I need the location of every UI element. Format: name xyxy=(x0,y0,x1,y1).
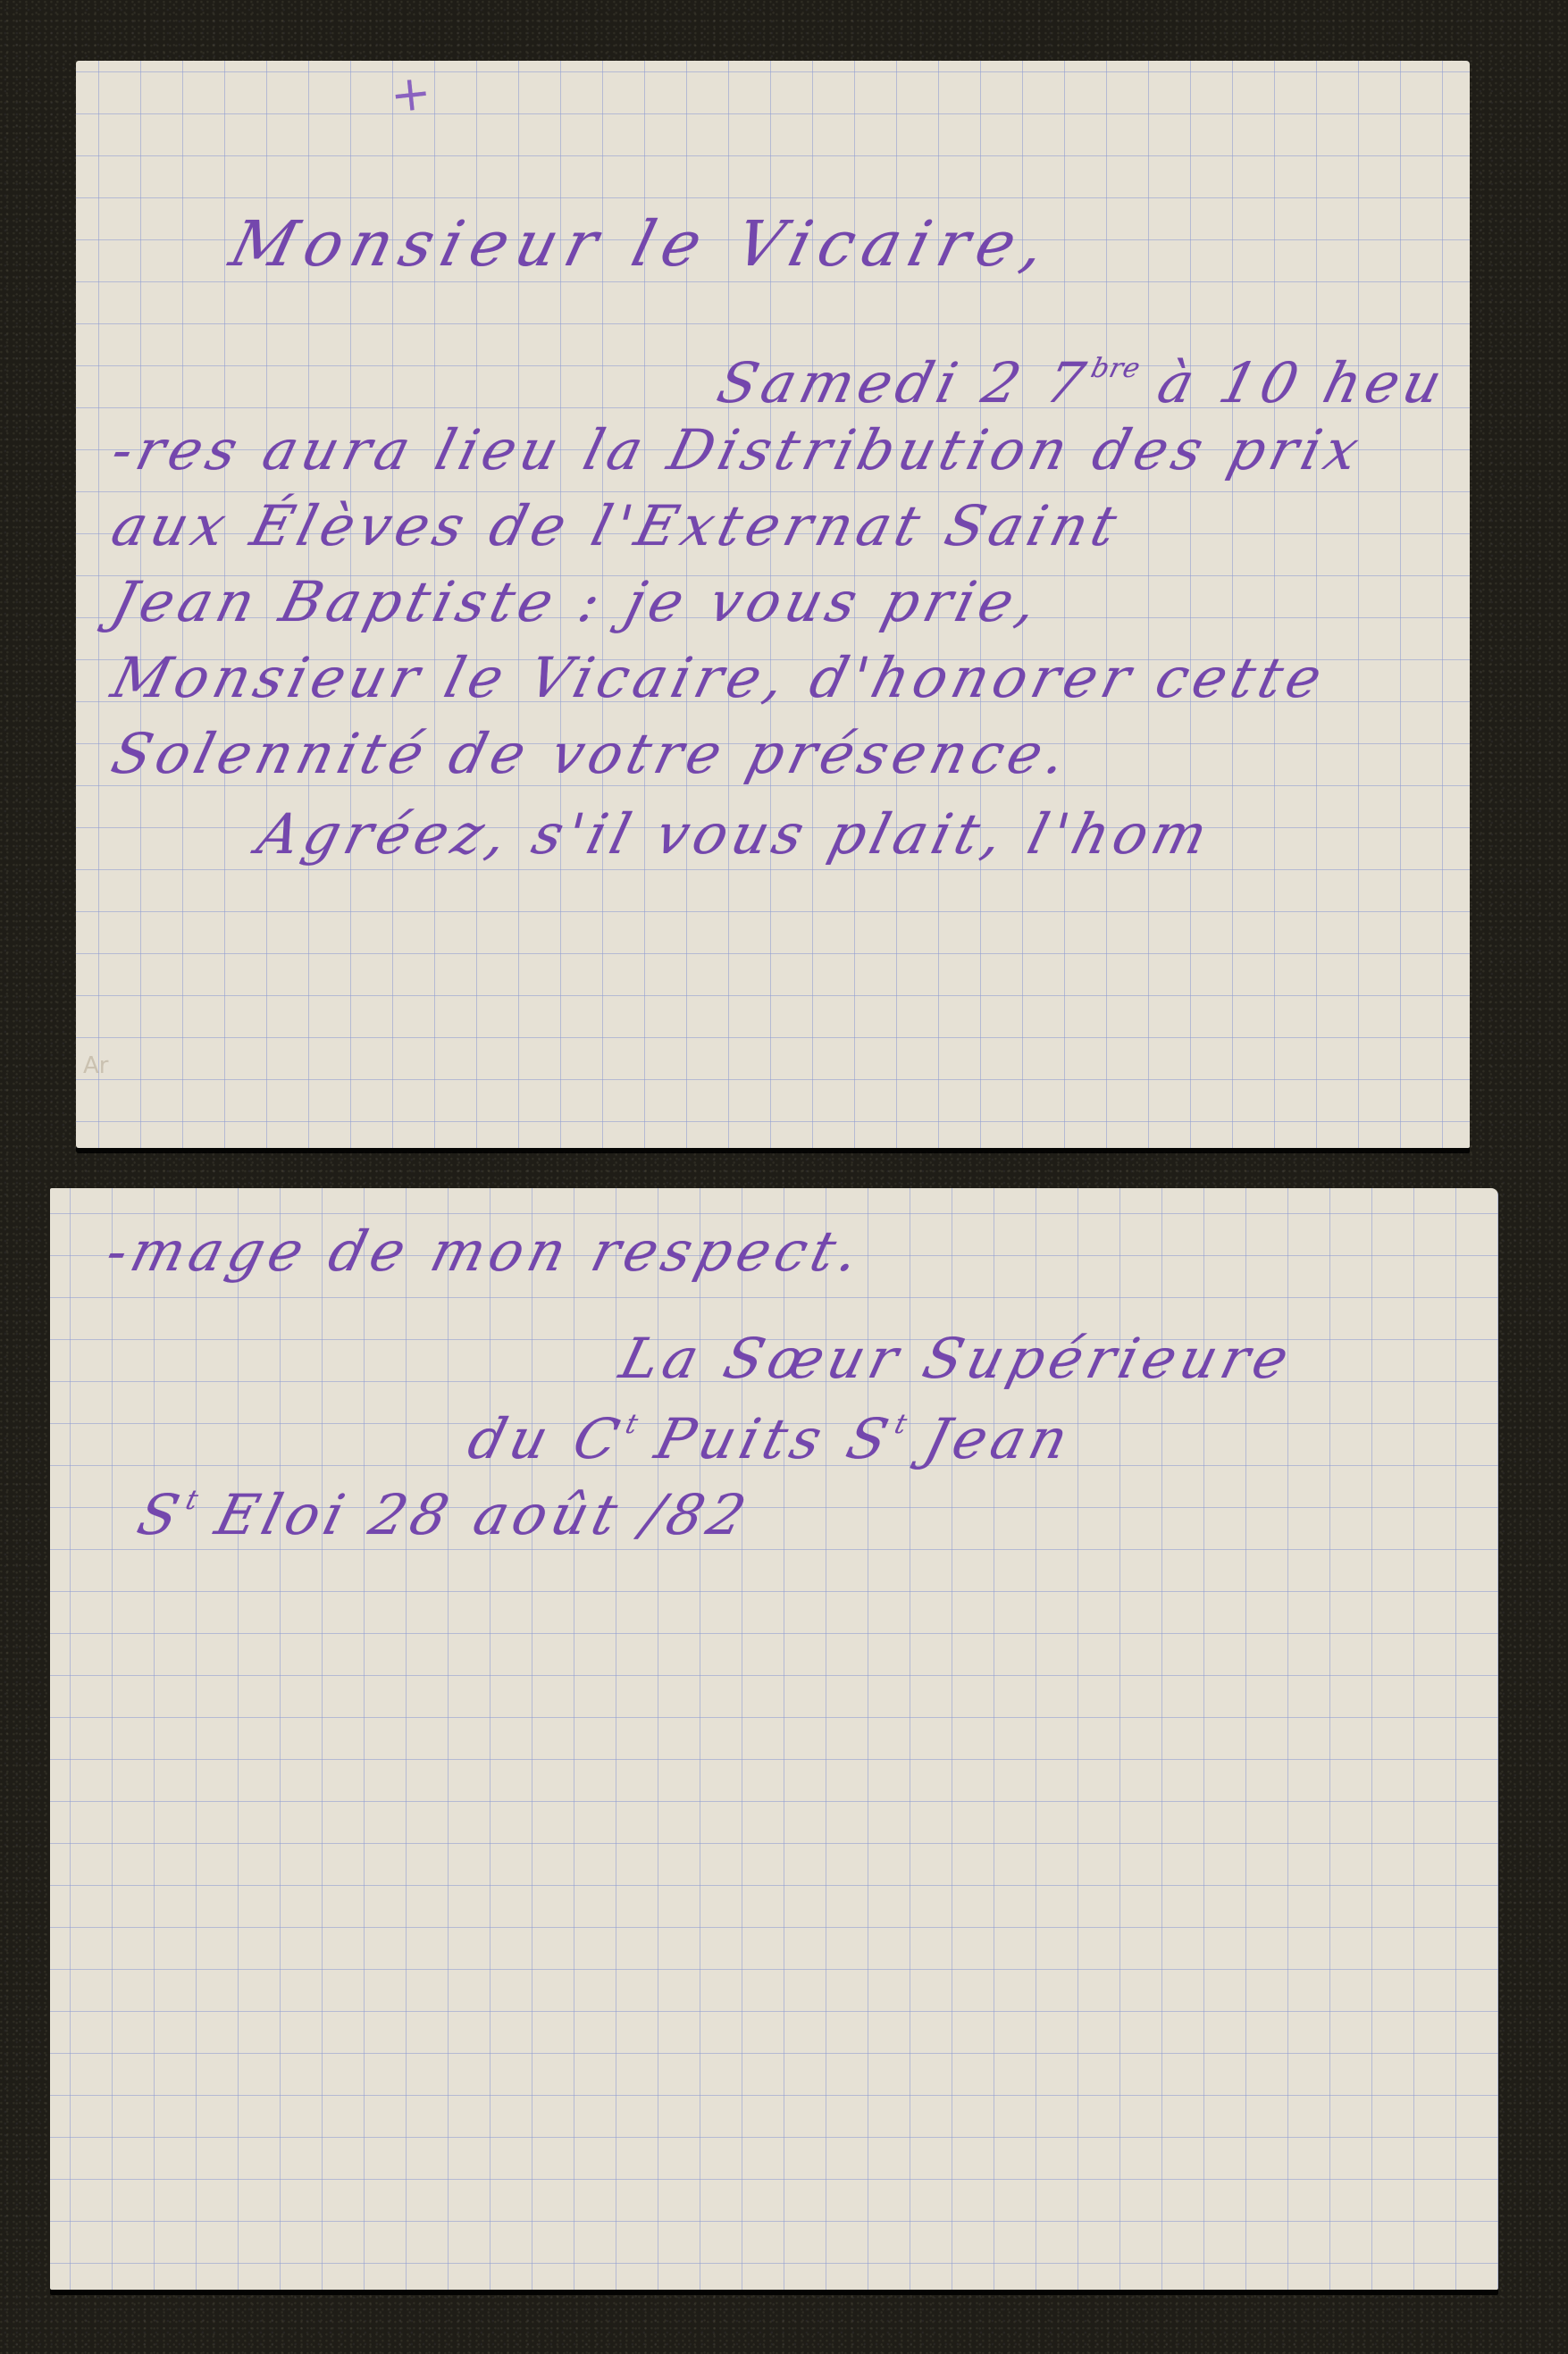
letter-line-8: -mage de mon respect. xyxy=(101,1224,869,1279)
signature-institution: du Ct Puits St Jean xyxy=(463,1412,1078,1467)
letter-line-5: Monsieur le Vicaire, d'honorer cette xyxy=(106,650,1332,706)
line-1-rest: à 10 heu xyxy=(1128,350,1454,415)
cross-mark: + xyxy=(388,67,439,120)
letter-sheet-1: + Monsieur le Vicaire, Samedi 2 7bre à 1… xyxy=(76,61,1470,1148)
salutation: Monsieur le Vicaire, xyxy=(224,213,1060,275)
institution-middle: Puits S xyxy=(626,1406,900,1471)
year: /82 xyxy=(613,1482,758,1547)
line-1-text: Samedi 2 7 xyxy=(711,350,1096,415)
place-date-line: St Eloi 28 août /82 xyxy=(132,1487,756,1543)
letter-line-7: Agréez, s'il vous plait, l'hom xyxy=(252,807,1218,862)
letter-line-4: Jean Baptiste : je vous prie, xyxy=(106,574,1047,630)
line-1-superscript: bre xyxy=(1088,353,1145,384)
letter-line-1: Samedi 2 7bre à 10 heu xyxy=(712,356,1452,411)
institution-prefix: du C xyxy=(462,1406,631,1471)
letter-line-3: aux Élèves de l'Externat Saint xyxy=(106,498,1127,554)
letter-sheet-2: -mage de mon respect. La Sœur Supérieure… xyxy=(50,1188,1498,2290)
letter-line-6: Solennité de votre présence. xyxy=(106,726,1077,782)
letter-line-2: -res aura lieu la Distribution des prix xyxy=(106,423,1369,478)
place-and-date: Eloi 28 août xyxy=(187,1482,630,1547)
institution-suffix: Jean xyxy=(895,1406,1079,1471)
pencil-mark: Ar xyxy=(83,1052,108,1079)
signature-title: La Sœur Supérieure xyxy=(615,1331,1299,1386)
